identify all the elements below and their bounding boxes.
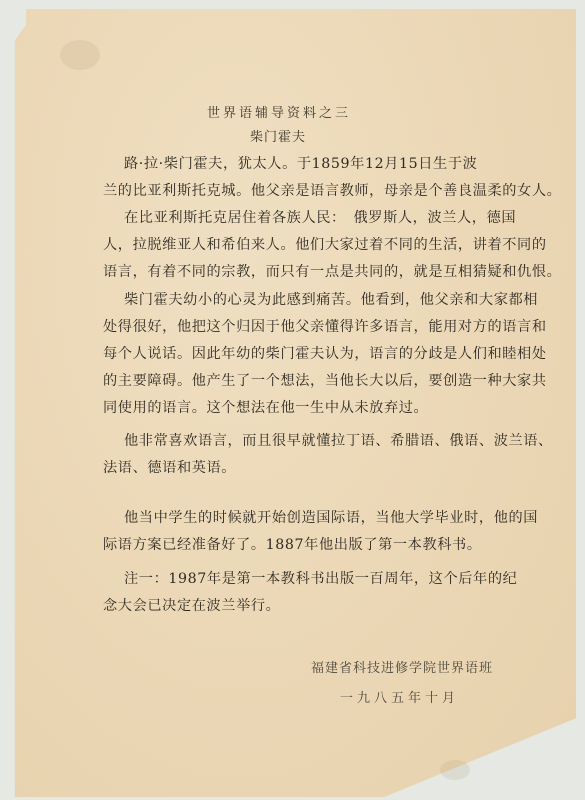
- text-line: 每个人说话。因此年幼的柴门霍夫认为，语言的分歧是人们和睦相处: [103, 341, 547, 368]
- text-line: 他当中学生的时候就开始创造国际语，当他大学毕业时，他的国: [124, 505, 538, 532]
- text-line: 柴门霍夫幼小的心灵为此感到痛苦。他看到，他父亲和大家都相: [124, 287, 538, 314]
- text-line: 念大会已决定在波兰举行。: [103, 593, 280, 620]
- text-line: 在比亚利斯托克居住着各族人民： 俄罗斯人，波兰人，德国: [124, 205, 516, 232]
- text-line: 兰的比亚利斯托克城。他父亲是语言教师，母亲是个善良温柔的女人。: [103, 178, 561, 205]
- text-line: 法语、德语和英语。: [103, 455, 236, 482]
- text-line: 他非常喜欢语言，而且很早就懂拉丁语、希腊语、俄语、波兰语、: [124, 428, 553, 455]
- paper-stain: [440, 760, 470, 780]
- text-line: 注一：1987年是第一本教科书出版一百周年，这个后年的纪: [124, 566, 517, 593]
- text-line: 的主要障碍。他产生了一个想法，当他长大以后，要创造一种大家共: [103, 368, 547, 395]
- text-line: 人，拉脱维亚人和希伯来人。他们大家过着不同的生活，讲着不同的: [103, 232, 547, 259]
- text-line: 同使用的语言。这个想法在他一生中从未放弃过。: [103, 395, 428, 422]
- paper-stain: [60, 40, 100, 70]
- signature-organization: 福建省科技进修学院世界语班: [311, 655, 493, 682]
- signature-date: 一九八五年十月: [340, 685, 459, 712]
- document-subtitle: 柴门霍夫: [250, 124, 306, 151]
- text-line: 际语方案已经准备好了。1887年他出版了第一本教科书。: [103, 532, 482, 559]
- text-line: 路·拉·柴门霍夫，犹太人。于1859年12月15日生于波: [124, 151, 477, 178]
- document-title: 世界语辅导资料之三: [207, 100, 351, 127]
- text-line: 语言，有着不同的宗教，而只有一点是共同的，就是互相猜疑和仇恨。: [103, 259, 561, 286]
- text-line: 处得很好，他把这个归因于他父亲懂得许多语言，能用对方的语言和: [103, 314, 547, 341]
